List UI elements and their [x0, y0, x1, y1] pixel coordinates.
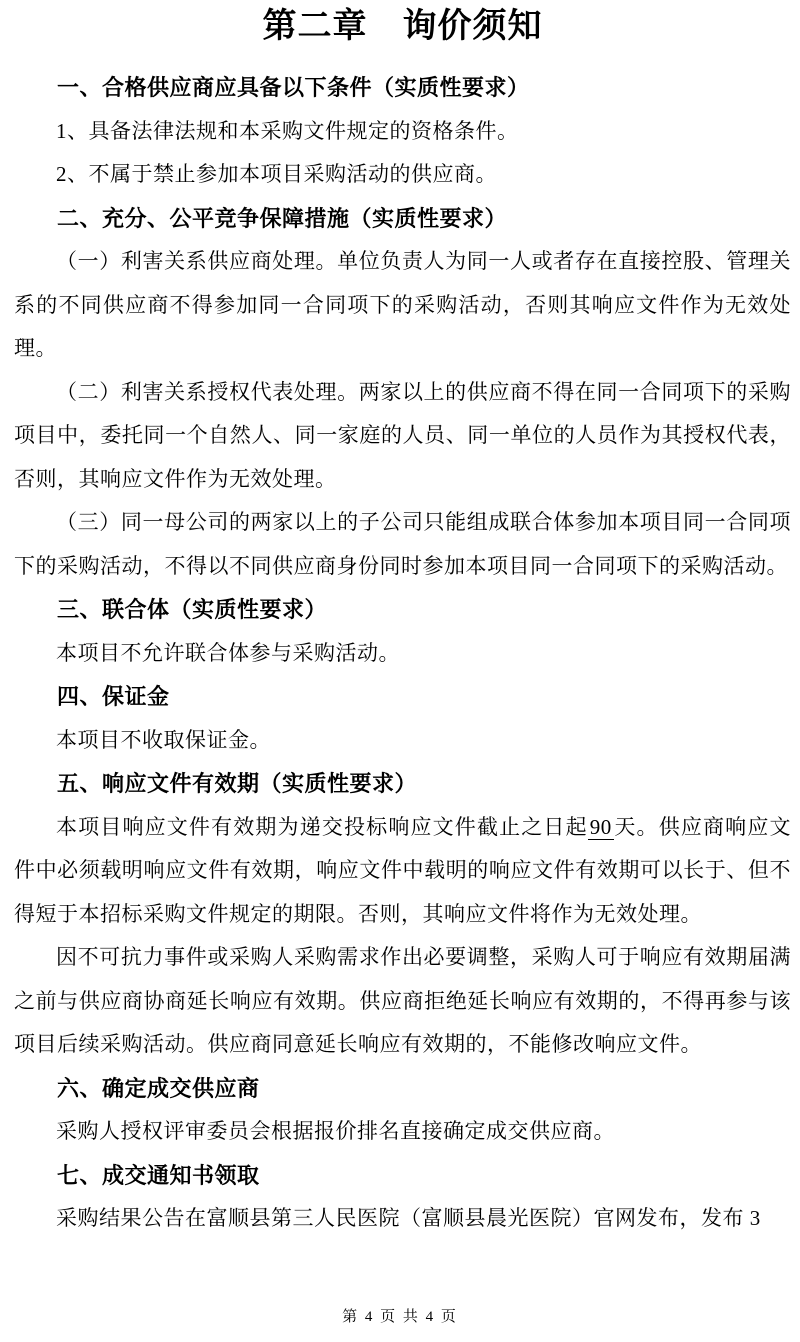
section-consortium: 三、联合体（实质性要求） 本项目不允许联合体参与采购活动。 [14, 588, 791, 675]
section-3-heading: 三、联合体（实质性要求） [14, 588, 791, 632]
section-5-heading: 五、响应文件有效期（实质性要求） [14, 762, 791, 806]
section-4-paragraph-1: 本项目不收取保证金。 [14, 719, 791, 763]
page-title: 第二章 询价须知 [14, 5, 791, 49]
section-3-paragraph-1: 本项目不允许联合体参与采购活动。 [14, 632, 791, 676]
section-1-heading: 一、合格供应商应具备以下条件（实质性要求） [14, 66, 791, 110]
document-content: 第二章 询价须知 一、合格供应商应具备以下条件（实质性要求） 1、具备法律法规和… [0, 0, 800, 1241]
section-winning-supplier: 六、确定成交供应商 采购人授权评审委员会根据报价排名直接确定成交供应商。 [14, 1067, 791, 1154]
page-number-footer: 第 4 页 共 4 页 [0, 1305, 800, 1326]
section-award-notice: 七、成交通知书领取 采购结果公告在富顺县第三人民医院（富顺县晨光医院）官网发布，… [14, 1154, 791, 1241]
section-5-paragraph-2: 因不可抗力事件或采购人采购需求作出必要调整，采购人可于响应有效期届满之前与供应商… [14, 936, 791, 1067]
section-2-paragraph-1: （一）利害关系供应商处理。单位负责人为同一人或者存在直接控股、管理关系的不同供应… [14, 240, 791, 371]
validity-days-value: 90 [588, 815, 614, 840]
section-validity-period: 五、响应文件有效期（实质性要求） 本项目响应文件有效期为递交投标响应文件截止之日… [14, 762, 791, 1067]
section-fair-competition: 二、充分、公平竞争保障措施（实质性要求） （一）利害关系供应商处理。单位负责人为… [14, 197, 791, 589]
section-1-item-2: 2、不属于禁止参加本项目采购活动的供应商。 [14, 153, 791, 197]
section-6-heading: 六、确定成交供应商 [14, 1067, 791, 1111]
section-1-item-1: 1、具备法律法规和本采购文件规定的资格条件。 [14, 110, 791, 154]
section-deposit: 四、保证金 本项目不收取保证金。 [14, 675, 791, 762]
section-7-paragraph-1: 采购结果公告在富顺县第三人民医院（富顺县晨光医院）官网发布，发布 3 [14, 1197, 791, 1241]
section-2-paragraph-2: （二）利害关系授权代表处理。两家以上的供应商不得在同一合同项下的采购项目中，委托… [14, 371, 791, 502]
section-7-heading: 七、成交通知书领取 [14, 1154, 791, 1198]
section-qualified-suppliers: 一、合格供应商应具备以下条件（实质性要求） 1、具备法律法规和本采购文件规定的资… [14, 66, 791, 197]
section-6-paragraph-1: 采购人授权评审委员会根据报价排名直接确定成交供应商。 [14, 1110, 791, 1154]
section-5-paragraph-1: 本项目响应文件有效期为递交投标响应文件截止之日起90天。供应商响应文件中必须载明… [14, 806, 791, 937]
section-2-paragraph-3: （三）同一母公司的两家以上的子公司只能组成联合体参加本项目同一合同项下的采购活动… [14, 501, 791, 588]
document-page: 第二章 询价须知 一、合格供应商应具备以下条件（实质性要求） 1、具备法律法规和… [0, 0, 800, 1342]
section-2-heading: 二、充分、公平竞争保障措施（实质性要求） [14, 197, 791, 241]
validity-text-pre: 本项目响应文件有效期为递交投标响应文件截止之日起 [56, 815, 588, 839]
section-4-heading: 四、保证金 [14, 675, 791, 719]
